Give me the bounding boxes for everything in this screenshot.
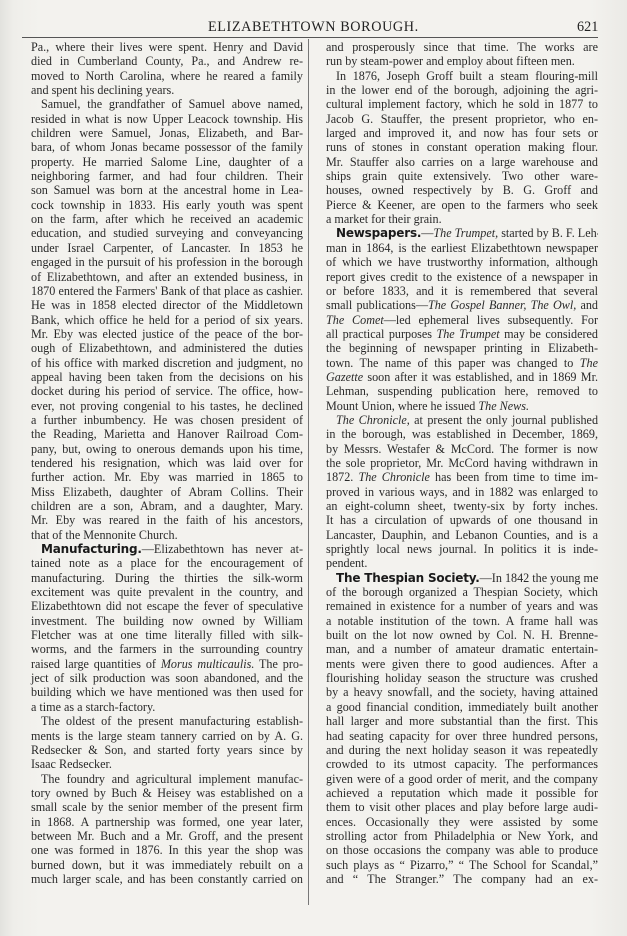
text-line: ments is the large steam tannery carried… xyxy=(21,729,303,743)
text-line: that of the Mennonite Church. xyxy=(21,528,303,542)
text-line: Samuel, the grandfather of Samuel above … xyxy=(21,97,303,111)
text-line: Lehman, suspending publication here, rem… xyxy=(316,384,598,398)
text-line: hall larger and more substantial than th… xyxy=(316,714,598,728)
text-line: appeal having been taken from the decisi… xyxy=(21,370,303,384)
text-line: had seating capacity for over three hund… xyxy=(316,729,598,743)
section-paragraph: The Thespian Society.—In 1842 the young … xyxy=(316,571,598,887)
text-line: 1870 entered the Farmers' Bank of that p… xyxy=(21,284,303,298)
text-line: raised large quantities of Morus multica… xyxy=(21,657,303,671)
text-line: one was formed in 1876. In this year the… xyxy=(21,843,303,857)
text-line: built on the lot now owned by Col. N. H.… xyxy=(316,628,598,642)
text-line: Miss Elizabeth, daughter of Abram Collin… xyxy=(21,485,303,499)
text-line: a market for their grain. xyxy=(316,212,598,226)
text-line: 1872. The Chronicle has been from time t… xyxy=(316,470,598,484)
italic-text: The Trumpet, xyxy=(433,226,498,240)
text-line: between Mr. Buch and a Mr. Groff, and th… xyxy=(21,829,303,843)
text-line: Elizabethtown did not escape the fever o… xyxy=(21,599,303,613)
text-line: Manufacturing.—Elizabethtown has never a… xyxy=(21,542,303,556)
text-line: in the borough, was established in Decem… xyxy=(316,427,598,441)
italic-text: The Chronicle xyxy=(358,470,429,484)
text-line: It has a circulation of upwards of one t… xyxy=(316,513,598,527)
text-line: Bank, which office he held for a period … xyxy=(21,313,303,327)
running-head: ELIZABETHTOWN BOROUGH. 621 xyxy=(0,0,627,38)
left-column: Pa., where their lives were spent. Henry… xyxy=(21,40,303,886)
text-line: The Comet—led ephemeral lives subsequent… xyxy=(316,313,598,327)
text-line: cultural implement factory, which he sol… xyxy=(316,97,598,111)
text-line: houses, owned respectively by B. G. Grof… xyxy=(316,183,598,197)
italic-text: Gazette xyxy=(326,370,363,384)
text-line: education, and studied surveying and con… xyxy=(21,226,303,240)
text-line: resided in what is now Upper Leacock tow… xyxy=(21,112,303,126)
text-line: by a heavy snowfall, and the society, ha… xyxy=(316,685,598,699)
text-line: of which we have trustworthy information… xyxy=(316,255,598,269)
text-line: and prosperously since that time. The wo… xyxy=(316,40,598,54)
text-line: engaged in the pursuit of his profession… xyxy=(21,255,303,269)
text-line: further action. Mr. Eby was married in 1… xyxy=(21,470,303,484)
text-line: docket during his period of service. The… xyxy=(21,384,303,398)
text-line: The Thespian Society.—In 1842 the young … xyxy=(316,571,598,585)
header-rule xyxy=(22,37,598,38)
text-line: Jacob G. Stauffer, the present proprieto… xyxy=(316,112,598,126)
text-line: The foundry and agricultural implement m… xyxy=(21,772,303,786)
text-line: Pa., where their lives were spent. Henry… xyxy=(21,40,303,54)
text-line: Fletcher was at one time literally fille… xyxy=(21,628,303,642)
text-line: report gives credit to the existence of … xyxy=(316,270,598,284)
text-line: ough of Elizabethtown, and administered … xyxy=(21,341,303,355)
text-line: ments were given there to good audiences… xyxy=(316,657,598,671)
text-line: the sole proprietor, Mr. McCord having w… xyxy=(316,456,598,470)
text-line: ject of silk production was soon abandon… xyxy=(21,671,303,685)
text-line: a further inbumbency. He was chosen pres… xyxy=(21,413,303,427)
italic-text: Morus multicaulis. xyxy=(161,657,255,671)
right-column: and prosperously since that time. The wo… xyxy=(316,40,598,886)
text-line: worms, and the farmers in the surroundin… xyxy=(21,642,303,656)
text-line: in 1868. A partnership was formed, one y… xyxy=(21,815,303,829)
text-line: small scale by the senior member of the … xyxy=(21,800,303,814)
text-line: ever, not proving congenial to his taste… xyxy=(21,399,303,413)
text-line: under Israel Carpenter, of Lancaster. In… xyxy=(21,241,303,255)
continued-paragraph: and prosperously since that time. The wo… xyxy=(316,40,598,69)
text-line: and spent his declining years. xyxy=(21,83,303,97)
italic-text: The News. xyxy=(478,399,529,413)
text-line: Newspapers.—The Trumpet, started by B. F… xyxy=(316,226,598,240)
column-divider xyxy=(308,39,309,905)
text-line: Isaac Redsecker. xyxy=(21,757,303,771)
text-line: burned down, but it was immediately rebu… xyxy=(21,858,303,872)
paragraph: The foundry and agricultural implement m… xyxy=(21,772,303,887)
text-line: an eight-column sheet, twenty-six by for… xyxy=(316,499,598,513)
text-line: the beginning of newspaper printing in E… xyxy=(316,341,598,355)
text-line: Gazette soon after it was established, a… xyxy=(316,370,598,384)
text-line: property. He married Salome Line, daught… xyxy=(21,155,303,169)
text-line: or before 1833, and it is remembered tha… xyxy=(316,284,598,298)
text-line: sprightly local news journal. In politic… xyxy=(316,542,598,556)
page-number: 621 xyxy=(577,19,598,36)
text-line: flourishing holiday season the structure… xyxy=(316,671,598,685)
text-line: ships grain quite extensively. Two other… xyxy=(316,169,598,183)
italic-text: The Chronicle, xyxy=(336,413,410,427)
text-line: a good financial condition, immediately … xyxy=(316,700,598,714)
text-line: much larger scale, and has been constant… xyxy=(21,872,303,886)
text-line: of Elizabethtown, and after an extended … xyxy=(21,270,303,284)
section-paragraph: Manufacturing.—Elizabethtown has never a… xyxy=(21,542,303,714)
text-line: tendered his resignation, which was laid… xyxy=(21,456,303,470)
text-line: son Samuel was born at the ancestral hom… xyxy=(21,183,303,197)
text-line: Redsecker & Son, and started forty years… xyxy=(21,743,303,757)
italic-text: The xyxy=(580,356,598,370)
text-line: moved to North Carolina, where he reared… xyxy=(21,69,303,83)
text-line: Mr. Stauffer also carries on a large war… xyxy=(316,155,598,169)
text-line: of his office with marked discretion and… xyxy=(21,356,303,370)
text-line: achieved a reputation which made it poss… xyxy=(316,786,598,800)
paragraph: Samuel, the grandfather of Samuel above … xyxy=(21,97,303,542)
text-line: by Messrs. Westafer & McCord. The former… xyxy=(316,442,598,456)
text-line: man, and a number of amateur dramatic en… xyxy=(316,642,598,656)
text-line: tory owned by Buch & Heisey was establis… xyxy=(21,786,303,800)
text-line: Lancaster, Dauphin, and Lebanon Counties… xyxy=(316,528,598,542)
text-line: pendent. xyxy=(316,556,598,570)
text-line: ences. Occasionally they were assisted b… xyxy=(316,815,598,829)
text-line: all practical purposes The Trumpet may b… xyxy=(316,327,598,341)
section-paragraph: Newspapers.—The Trumpet, started by B. F… xyxy=(316,226,598,412)
italic-text: The Comet xyxy=(326,313,384,327)
text-line: the Reading, Marietta and Hanover Railro… xyxy=(21,427,303,441)
text-line: Mr. Eby was elected justice of the peace… xyxy=(21,327,303,341)
text-line: man in 1864, is the earliest Elizabethto… xyxy=(316,241,598,255)
text-line: excitement was quite prevalent in the co… xyxy=(21,585,303,599)
text-line: children were Samuel, Jonas, Elizabeth, … xyxy=(21,126,303,140)
text-line: small publications—The Gospel Banner, Th… xyxy=(316,298,598,312)
paragraph: The oldest of the present manufacturing … xyxy=(21,714,303,771)
paragraph: The Chronicle, at present the only journ… xyxy=(316,413,598,571)
text-line: manufacturing. During the thirties the s… xyxy=(21,571,303,585)
text-line: proved in various ways, and in 1882 was … xyxy=(316,485,598,499)
text-line: The oldest of the present manufacturing … xyxy=(21,714,303,728)
text-line: remained in existence for a number of ye… xyxy=(316,599,598,613)
text-line: town. The name of this paper was changed… xyxy=(316,356,598,370)
text-line: died in Cumberland County, Pa., and Andr… xyxy=(21,54,303,68)
section-heading: The Thespian Society. xyxy=(336,571,480,585)
text-line: children are a son, Abram, and a daughte… xyxy=(21,499,303,513)
paragraph: In 1876, Joseph Groff built a steam flou… xyxy=(316,69,598,227)
text-line: run by steam-power and employ about fift… xyxy=(316,54,598,68)
text-line: Pierce & Keener, are open to the farmers… xyxy=(316,198,598,212)
text-line: bara, of whom Jonas became possessor of … xyxy=(21,140,303,154)
section-heading: Newspapers. xyxy=(336,226,421,240)
text-line: such plays as “ Pizarro,” “ The School f… xyxy=(316,858,598,872)
text-line: a time as a starch-factory. xyxy=(21,700,303,714)
text-line: given were of a good order of merit, and… xyxy=(316,772,598,786)
text-line: in the lower end of the borough, adjoini… xyxy=(316,83,598,97)
text-line: and during the next holiday season it wa… xyxy=(316,743,598,757)
text-line: on those occasions the company was able … xyxy=(316,843,598,857)
text-line: building which we have mentioned was the… xyxy=(21,685,303,699)
text-line: He was in 1858 elected director of the M… xyxy=(21,298,303,312)
text-line: and “ The Stranger.” The company had an … xyxy=(316,872,598,886)
continued-paragraph: Pa., where their lives were spent. Henry… xyxy=(21,40,303,97)
text-line: larged and improved it, and now has four… xyxy=(316,126,598,140)
text-line: on the farm, after which he received an … xyxy=(21,212,303,226)
text-line: of the borough organized a Thespian Soci… xyxy=(316,585,598,599)
italic-text: The Gospel Banner, The Owl, xyxy=(428,298,576,312)
text-line: The Chronicle, at present the only journ… xyxy=(316,413,598,427)
text-line: cock township in 1833. His early youth w… xyxy=(21,198,303,212)
text-line: runs of stones in constant operation mak… xyxy=(316,140,598,154)
text-line: strolling actor from Philadelphia or New… xyxy=(316,829,598,843)
text-line: tained note as a place for the encourage… xyxy=(21,556,303,570)
text-line: neighboring farmer, and had four childre… xyxy=(21,169,303,183)
section-heading: Manufacturing. xyxy=(41,542,142,556)
text-line: a notable institution of the town. A fra… xyxy=(316,614,598,628)
text-line: Mount Union, where he issued The News. xyxy=(316,399,598,413)
text-line: them to visit other places and play befo… xyxy=(316,800,598,814)
italic-text: The Trumpet xyxy=(436,327,499,341)
text-line: crowded to its utmost capacity. The perf… xyxy=(316,757,598,771)
text-line: pany, but, owing to onerous demands upon… xyxy=(21,442,303,456)
text-line: investment. The building now owned by Wi… xyxy=(21,614,303,628)
text-line: Mr. Eby was reared in the faith of his a… xyxy=(21,513,303,527)
running-title: ELIZABETHTOWN BOROUGH. xyxy=(208,19,419,36)
text-line: In 1876, Joseph Groff built a steam flou… xyxy=(316,69,598,83)
